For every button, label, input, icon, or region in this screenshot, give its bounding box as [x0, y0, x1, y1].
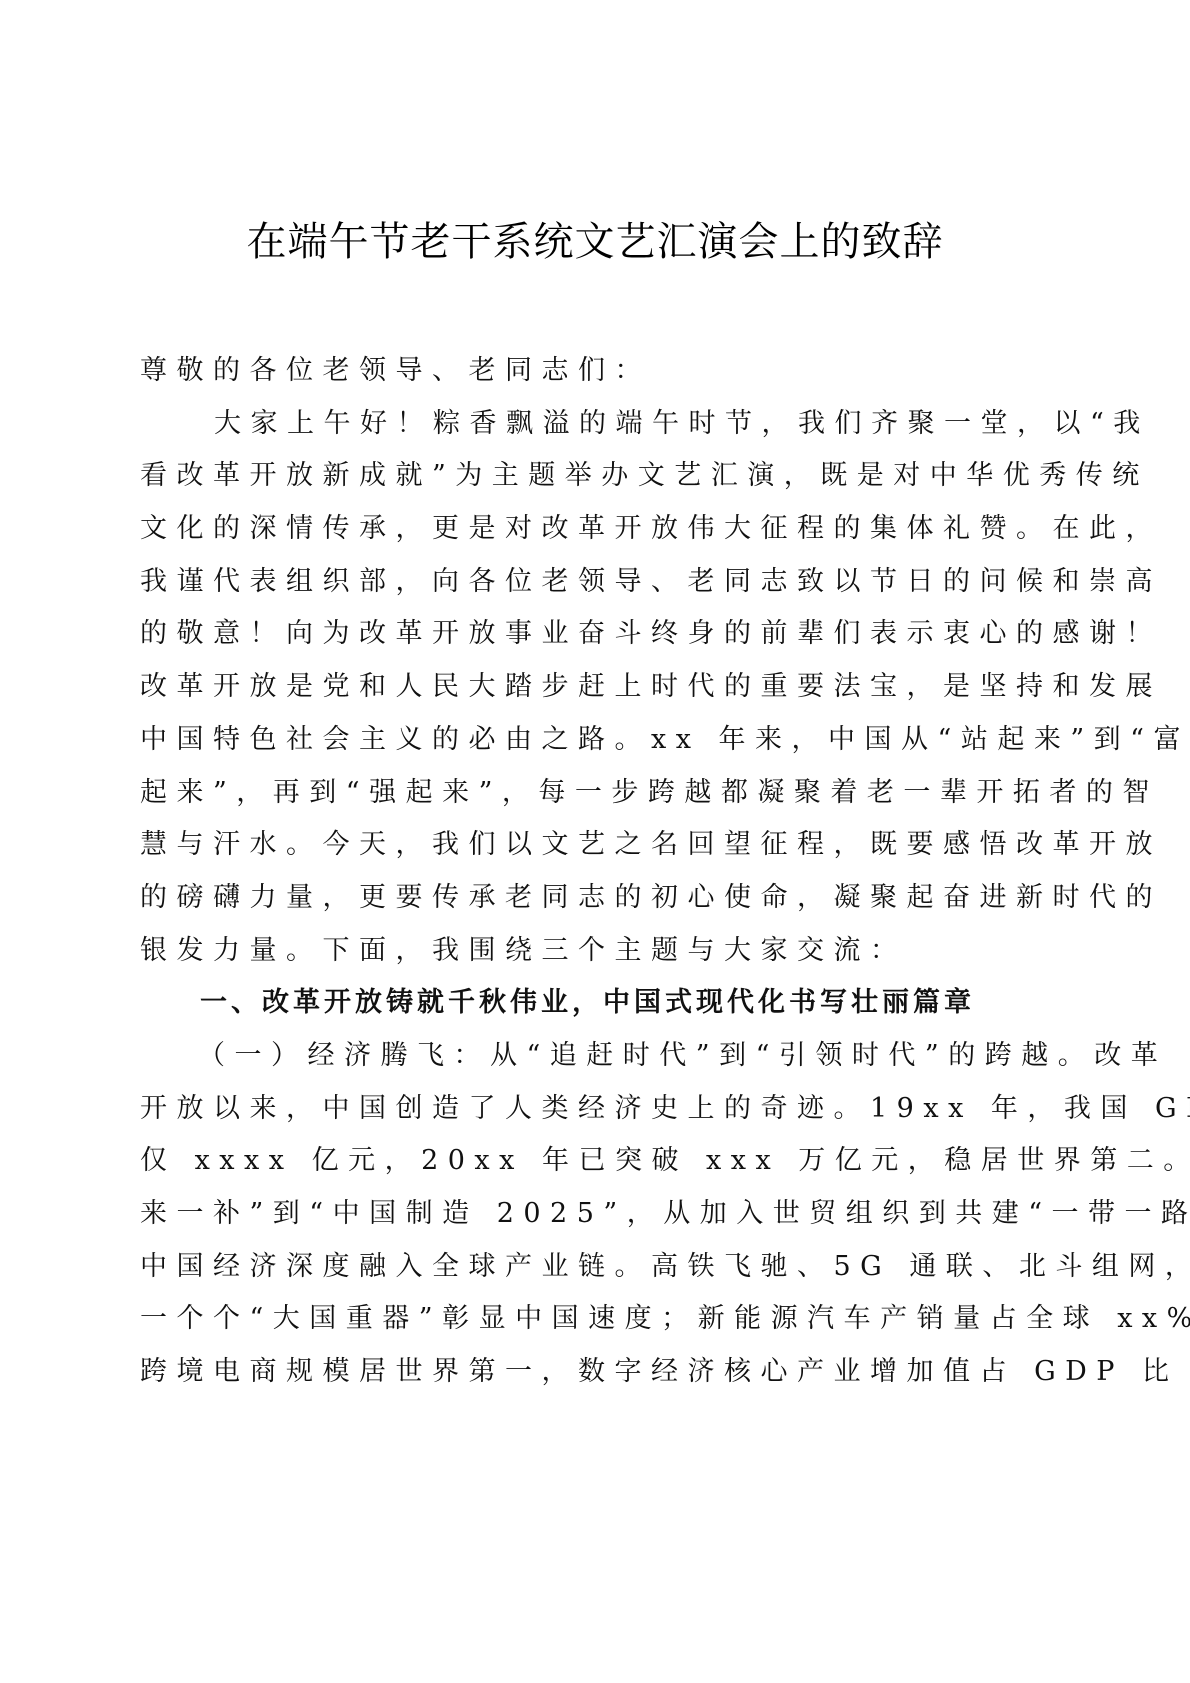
document-title: 在端午节老干系统文艺汇演会上的致辞	[0, 212, 1190, 272]
section-line: （一）经济腾飞：从“追赶时代”到“引领时代”的跨越。改革	[140, 1030, 968, 1083]
section-line: 中国经济深度融入全球产业链。高铁飞驰、5G 通联、北斗组网，	[140, 1241, 968, 1294]
paragraph-line: 起来”，再到“强起来”，每一步跨越都凝聚着老一辈开拓者的智	[140, 767, 968, 820]
section-line: 仅 xxxx 亿元，20xx 年已突破 xxx 万亿元，稳居世界第二。从“三	[140, 1135, 968, 1188]
document-page: 在端午节老干系统文艺汇演会上的致辞 尊敬的各位老领导、老同志们： 大家上午好！粽…	[0, 0, 1190, 1683]
paragraph-line: 银发力量。下面，我围绕三个主题与大家交流：	[140, 925, 968, 978]
paragraph-line: 慧与汗水。今天，我们以文艺之名回望征程，既要感悟改革开放	[140, 819, 968, 872]
paragraph-line: 看改革开放新成就”为主题举办文艺汇演，既是对中华优秀传统	[140, 450, 968, 503]
paragraph-line: 中国特色社会主义的必由之路。xx 年来，中国从“站起来”到“富	[140, 714, 968, 767]
paragraph-line: 的磅礴力量，更要传承老同志的初心使命，凝聚起奋进新时代的	[140, 872, 968, 925]
section-line: 一个个“大国重器”彰显中国速度；新能源汽车产销量占全球 xx%，	[140, 1293, 968, 1346]
section-heading: 一、改革开放铸就千秋伟业，中国式现代化书写壮丽篇章	[140, 977, 968, 1030]
document-body: 尊敬的各位老领导、老同志们： 大家上午好！粽香飘溢的端午时节，我们齐聚一堂，以“…	[140, 345, 968, 1399]
paragraph-line: 改革开放是党和人民大踏步赶上时代的重要法宝，是坚持和发展	[140, 661, 968, 714]
paragraph-line: 文化的深情传承，更是对改革开放伟大征程的集体礼赞。在此，	[140, 503, 968, 556]
paragraph-line: 我谨代表组织部，向各位老领导、老同志致以节日的问候和崇高	[140, 556, 968, 609]
section-line: 来一补”到“中国制造 2025”，从加入世贸组织到共建“一带一路”，	[140, 1188, 968, 1241]
section-line: 开放以来，中国创造了人类经济史上的奇迹。19xx 年，我国 GDP	[140, 1083, 968, 1136]
salutation: 尊敬的各位老领导、老同志们：	[140, 345, 968, 398]
paragraph-line: 大家上午好！粽香飘溢的端午时节，我们齐聚一堂，以“我	[140, 398, 968, 451]
paragraph-line: 的敬意！向为改革开放事业奋斗终身的前辈们表示衷心的感谢！	[140, 608, 968, 661]
section-line: 跨境电商规模居世界第一，数字经济核心产业增加值占 GDP 比	[140, 1346, 968, 1399]
